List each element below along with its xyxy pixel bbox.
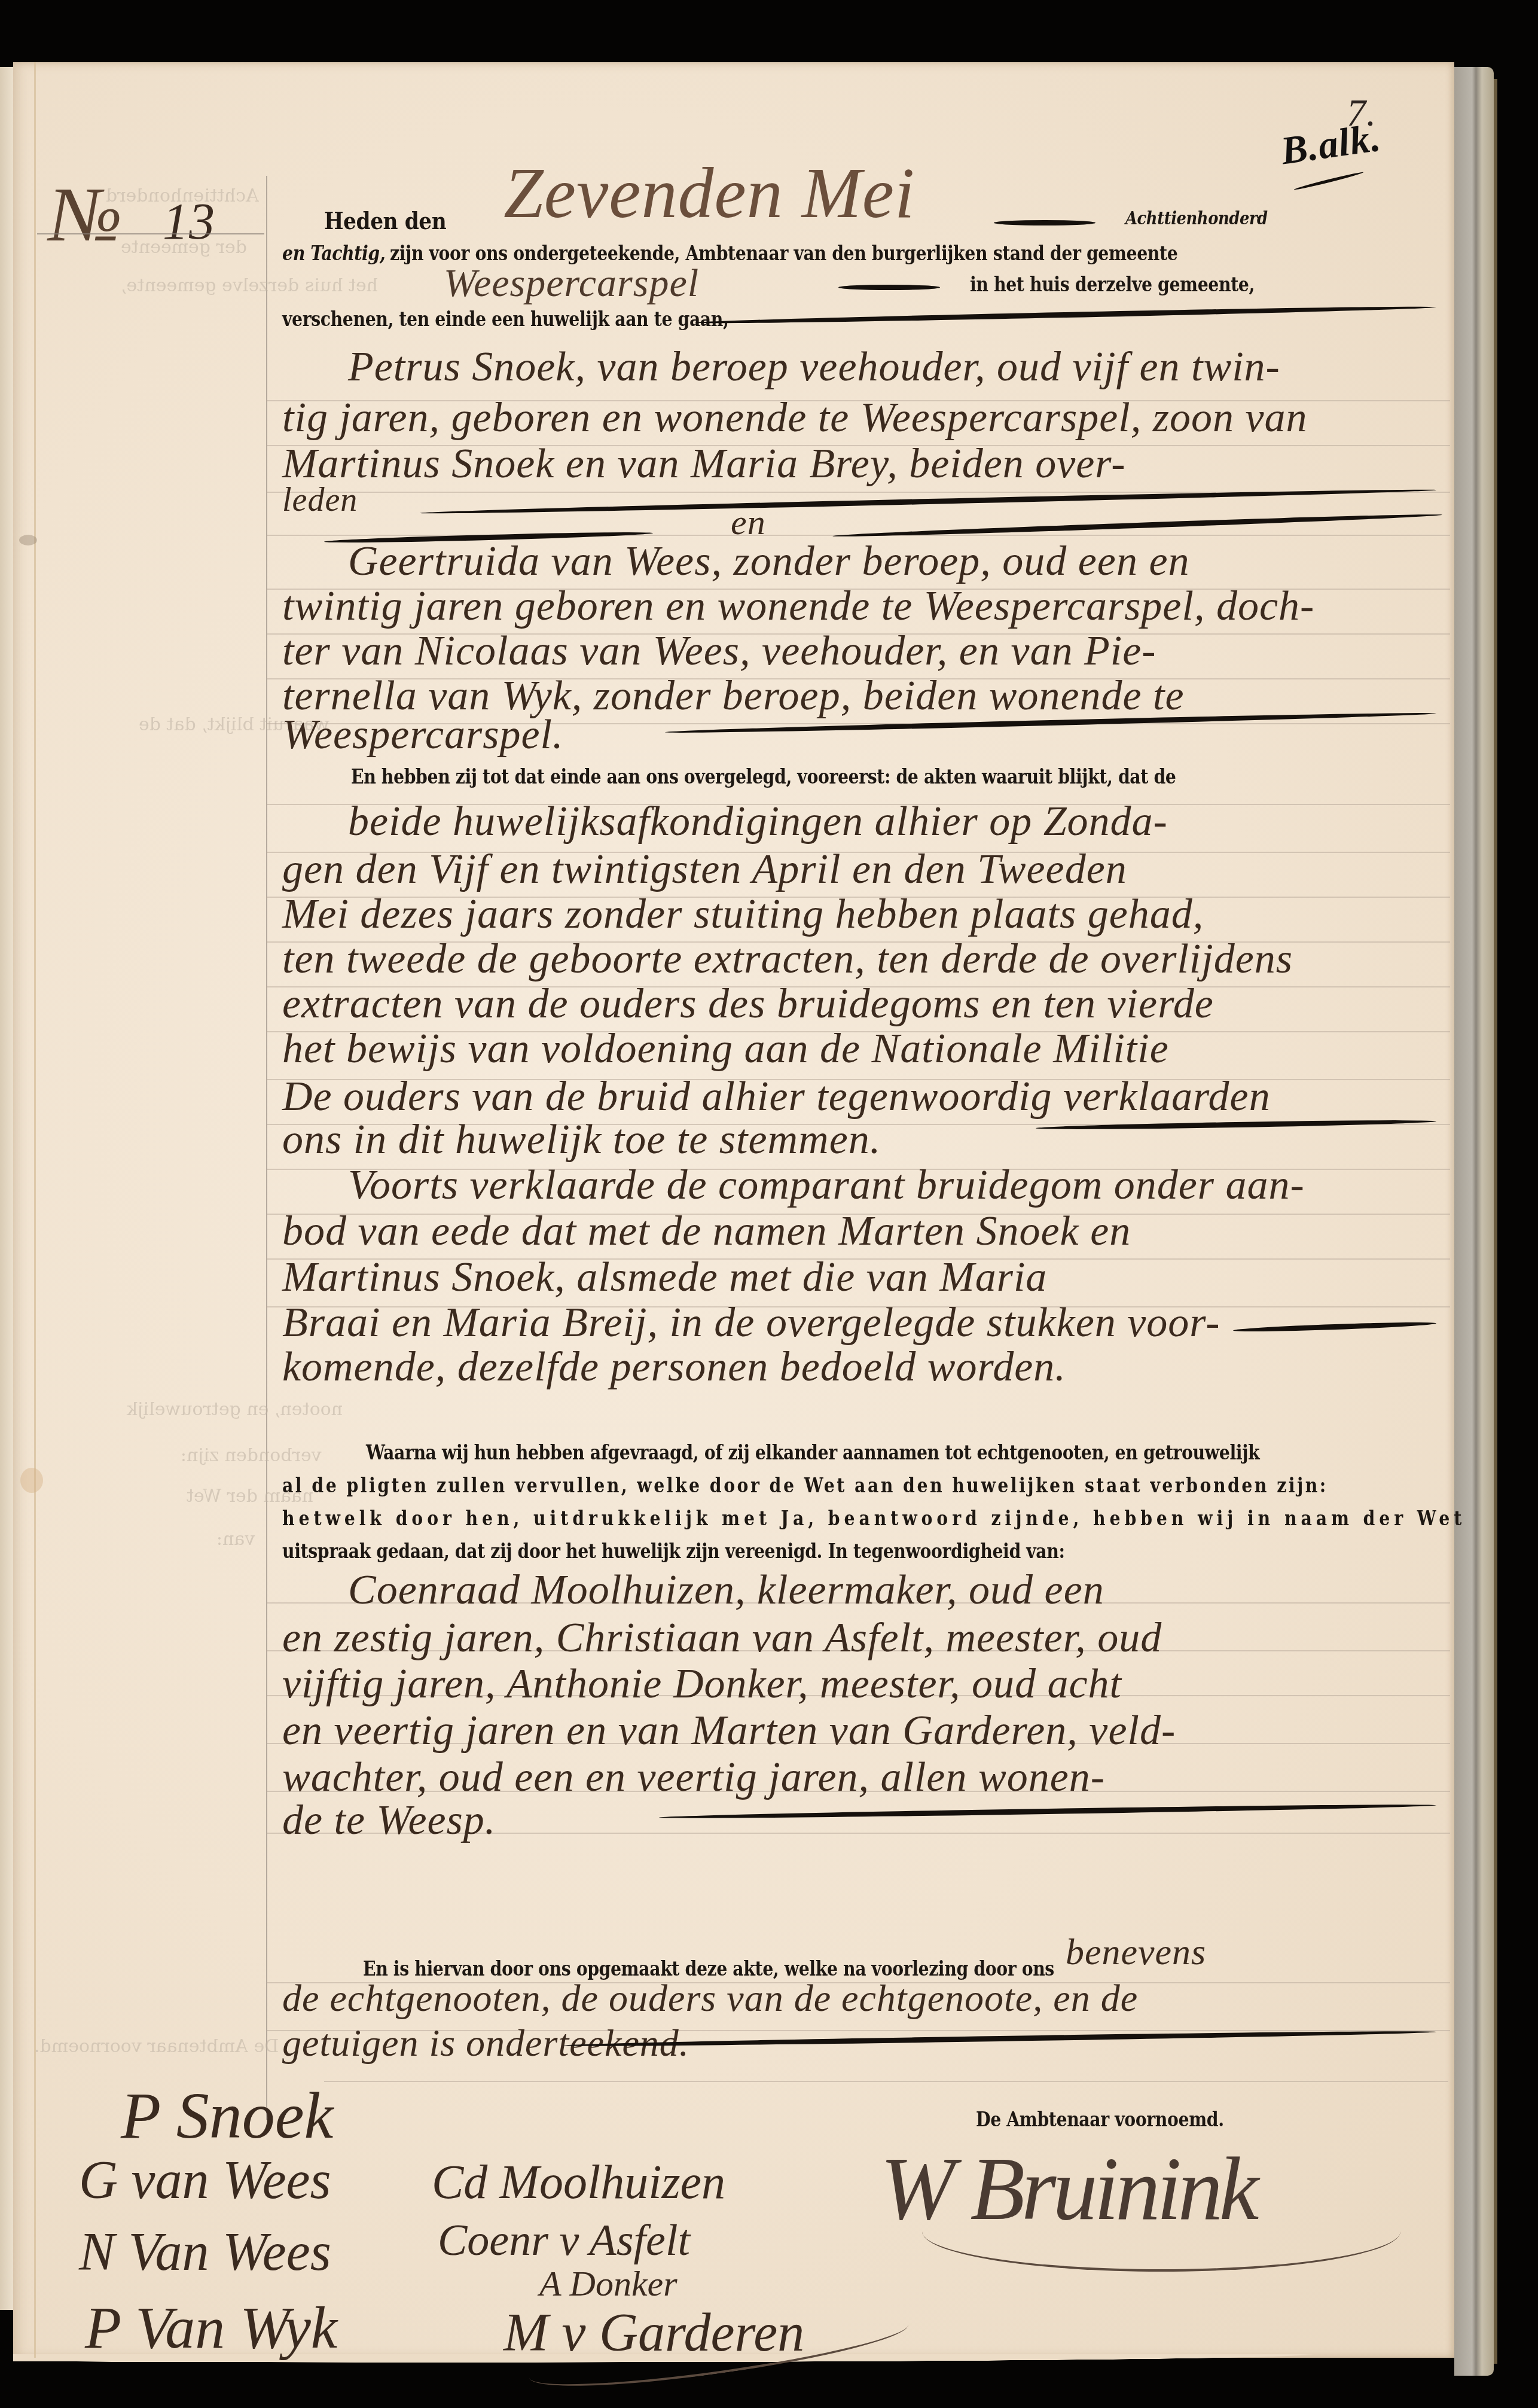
register-underline bbox=[1293, 171, 1364, 191]
filler-stroke bbox=[838, 285, 940, 290]
vows-printed-line: uitspraak gedaan, dat zij door het huwel… bbox=[282, 1540, 1065, 1563]
foxing-stain bbox=[20, 1468, 43, 1493]
groom-line: leden bbox=[282, 481, 358, 519]
act-number: 13 bbox=[163, 191, 215, 251]
signature-bride-mother: P Van Wyk bbox=[85, 2293, 337, 2362]
documents-line: het bewijs van voldoening aan de Nationa… bbox=[282, 1025, 1169, 1073]
filler-stroke bbox=[659, 1803, 1436, 1820]
signature-witness-1: Cd Moolhuizen bbox=[432, 2156, 725, 2210]
signature-groom: P Snoek bbox=[121, 2078, 333, 2154]
signature-official-flourish bbox=[922, 2191, 1400, 2272]
witness-line: Coenraad Moolhuizen, kleermaker, oud een bbox=[348, 1566, 1104, 1614]
witness-line: de te Weesp. bbox=[282, 1797, 496, 1845]
binding-hole bbox=[19, 535, 37, 545]
register-page: Achttienhonderd der gemeente het huis de… bbox=[13, 62, 1454, 2358]
vows-printed-line: Waarna wij hun hebben afgevraagd, of zij… bbox=[366, 1441, 1259, 1464]
witness-line: vijftig jaren, Anthonie Donker, meester,… bbox=[282, 1660, 1122, 1708]
bleed-text: nooten, en getrouwelijk bbox=[127, 1399, 343, 1420]
filler-stroke bbox=[994, 220, 1095, 225]
documents-line: Mei dezes jaars zonder stuiting hebben p… bbox=[282, 891, 1204, 938]
hand-date: Zevenden Mei bbox=[503, 152, 915, 234]
bride-line: twintig jaren geboren en wonende te Wees… bbox=[282, 583, 1314, 630]
printed-line4: verschenen, ten einde een huwelijk aan t… bbox=[282, 307, 728, 331]
bride-line: Geertruida van Wees, zonder beroep, oud … bbox=[348, 538, 1189, 586]
register-mark: B.alk. bbox=[1278, 115, 1384, 175]
declaration-line: komende, dezelfde personen bedoeld worde… bbox=[282, 1343, 1066, 1391]
documents-printed-intro: En hebben zij tot dat einde aan ons over… bbox=[351, 765, 1176, 788]
signature-bride: G van Wees bbox=[79, 2150, 331, 2211]
closing-hand-inline: benevens bbox=[1066, 1931, 1206, 1974]
declaration-line: bod van eede dat met de namen Marten Sno… bbox=[282, 1208, 1131, 1255]
documents-line: extracten van de ouders des bruidegoms e… bbox=[282, 980, 1214, 1028]
bleed-text: van: bbox=[216, 1529, 255, 1550]
documents-line: ons in dit huwelijk toe te stemmen. bbox=[282, 1116, 881, 1164]
bleed-text: verbonden zijn: bbox=[181, 1445, 322, 1466]
margin-rule bbox=[266, 176, 267, 2120]
filler-stroke bbox=[1233, 1321, 1436, 1333]
filler-stroke bbox=[563, 2029, 1436, 2049]
witness-line: wachter, oud een en veertig jaren, allen… bbox=[282, 1754, 1105, 1802]
printed-official-title: De Ambtenaar voornoemd. bbox=[976, 2108, 1224, 2131]
documents-line: De ouders van de bruid alhier tegenwoord… bbox=[282, 1073, 1271, 1121]
declaration-line: Braai en Maria Breij, in de overgelegde … bbox=[282, 1299, 1220, 1347]
groom-line: tig jaren, geboren en wonende te Weesper… bbox=[282, 394, 1308, 442]
printed-heden-den: Heden den bbox=[324, 207, 446, 235]
declaration-line: Martinus Snoek, alsmede met die van Mari… bbox=[282, 1254, 1047, 1301]
bride-line: ter van Nicolaas van Wees, veehouder, en… bbox=[282, 627, 1156, 675]
signature-bride-father: N Van Wees bbox=[79, 2221, 331, 2283]
witness-line: en veertig jaren en van Marten van Garde… bbox=[282, 1707, 1176, 1755]
bride-line: Weespercarspel. bbox=[282, 711, 564, 759]
book-edge-stack bbox=[1454, 67, 1494, 2376]
signature-witness-2: Coenr v Asfelt bbox=[438, 2215, 690, 2266]
vows-printed-line: hetwelk door hen, uitdrukkelijk met Ja, … bbox=[282, 1507, 1466, 1530]
documents-line: ten tweede de geboorte extracten, ten de… bbox=[282, 935, 1293, 983]
page-fold-line bbox=[34, 62, 36, 2358]
hand-municipality: Weespercarspel bbox=[444, 261, 699, 306]
witness-line: en zestig jaren, Christiaan van Asfelt, … bbox=[282, 1614, 1162, 1662]
groom-line: Martinus Snoek en van Maria Brey, beiden… bbox=[282, 440, 1126, 488]
printed-year-part2: en Tachtig, bbox=[282, 242, 385, 265]
closing-line: de echtgenooten, de ouders van de echtge… bbox=[282, 1976, 1138, 2020]
printed-year-part1: Achttienhonderd bbox=[1125, 208, 1268, 229]
documents-line: gen den Vijf en twintigsten April en den… bbox=[282, 846, 1127, 894]
printed-line3: in het huis derzelve gemeente, bbox=[970, 273, 1255, 296]
bleed-text: het huis derzelve gemeente, bbox=[121, 275, 378, 296]
declaration-line: Voorts verklaarde de comparant bruidegom… bbox=[348, 1162, 1305, 1209]
groom-line: Petrus Snoek, van beroep veehouder, oud … bbox=[348, 343, 1280, 391]
vows-printed-line: al de pligten zullen vervullen, welke do… bbox=[282, 1474, 1328, 1497]
filler-stroke bbox=[695, 304, 1436, 325]
conjunction-en: en bbox=[731, 502, 766, 543]
signature-witness-3: A Donker bbox=[539, 2263, 678, 2305]
bleed-text: De Ambtenaar voornoemd. bbox=[34, 2036, 279, 2057]
act-number-prefix: № bbox=[49, 170, 123, 260]
documents-line: beide huwelijksafkondigingen alhier op Z… bbox=[348, 798, 1168, 846]
